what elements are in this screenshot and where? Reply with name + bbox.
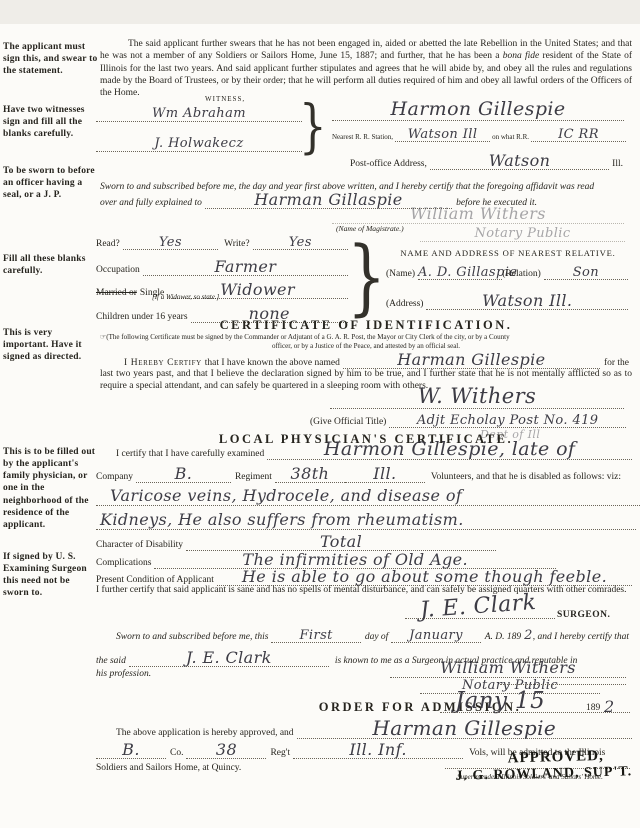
day-of-label: day of bbox=[361, 632, 391, 643]
relative-name-label: (Name) bbox=[386, 269, 418, 280]
margin-note-family-physician: This is to be filled out by the applican… bbox=[0, 446, 98, 531]
cert-id-fineprint-2: officer, or by a Justice of the Peace, a… bbox=[100, 342, 632, 350]
relative-name-value: A. D. Gillaspie bbox=[418, 266, 502, 280]
nearest-rr-label: Nearest R. R. Station, bbox=[332, 133, 395, 142]
company-value: B. bbox=[136, 466, 231, 483]
complications-label: Complications bbox=[96, 558, 154, 569]
notary-signature: William Withers bbox=[390, 658, 626, 678]
margin-note-us-surgeon: If signed by U. S. Examining Surgeon thi… bbox=[0, 551, 98, 600]
profession-text: his profession. bbox=[96, 668, 151, 680]
read-label: Read? bbox=[96, 239, 123, 250]
official-title-value: Adjt Echolay Post No. 419 bbox=[389, 414, 626, 428]
bona-fide-italic: bona fide bbox=[503, 51, 540, 61]
ad-label: A. D. 189 bbox=[481, 632, 524, 643]
rr-line-value: IC RR bbox=[531, 128, 626, 142]
the-said-label: the said bbox=[96, 656, 129, 667]
company-regiment-row: Company B. Regiment 38th Ill. Volunteers… bbox=[96, 466, 632, 483]
occupation-value: Farmer bbox=[143, 259, 348, 276]
relative-address-label: (Address) bbox=[386, 299, 426, 310]
scanned-admission-form: The applicant must sign this, and swear … bbox=[0, 0, 640, 828]
cert-id-title: CERTIFICATE OF IDENTIFICATION. bbox=[100, 318, 632, 333]
cert-id-name: Harman Gillespie bbox=[343, 352, 600, 369]
occupation-label: Occupation bbox=[96, 265, 143, 276]
cert-id-body-line1: I Hereby Certify that I have known the a… bbox=[100, 352, 632, 369]
relative-name-row: (Name) A. D. Gillaspie (Relation) Son bbox=[386, 266, 628, 280]
witness-signature-2: J. Holwakecz bbox=[96, 136, 302, 152]
magistrate-line-2: Notary Public bbox=[420, 226, 625, 242]
scan-edge-artifact bbox=[0, 0, 640, 24]
explained-to-label: over and fully explained to bbox=[100, 198, 205, 209]
witness-signature-1: Wm Abraham bbox=[96, 106, 302, 122]
company-label: Company bbox=[96, 472, 136, 483]
character-label: Character of Disability bbox=[96, 540, 186, 551]
magistrate-signature: William Withers bbox=[332, 204, 624, 224]
examined-value: Harmon Gillespie, late of bbox=[267, 440, 632, 460]
order-top-line bbox=[500, 684, 626, 685]
witness-label: WITNESS, bbox=[205, 95, 245, 103]
margin-note-sign-swear: The applicant must sign this, and swear … bbox=[0, 41, 98, 77]
cert-id-fineprint-1: ☞(The following Certificate must be sign… bbox=[100, 333, 632, 341]
order-date-value: Jany 15 bbox=[455, 688, 545, 714]
official-title-label: (Give Official Title) bbox=[310, 417, 389, 428]
widower-note: [If a Widower, so state.] bbox=[152, 293, 219, 301]
examined-row: I certify that I have carefully examined… bbox=[116, 440, 632, 460]
physician-sworn-pre: Sworn to and subscribed before me, this bbox=[116, 632, 271, 643]
surgeon-signature-line bbox=[405, 618, 555, 619]
character-row: Character of Disability Total bbox=[96, 534, 496, 551]
regiment-value: 38th bbox=[275, 466, 345, 483]
post-office-state: Ill. bbox=[609, 159, 626, 170]
disability-line-2: Kidneys, He also suffers from rheumatism… bbox=[96, 510, 636, 530]
married-label-struck: Married or bbox=[96, 288, 140, 299]
character-value: Total bbox=[186, 534, 496, 551]
witness-brace: } bbox=[299, 97, 327, 155]
sworn-year-value: 2 bbox=[524, 628, 533, 643]
personal-info-brace: } bbox=[347, 237, 386, 319]
write-label: Write? bbox=[218, 239, 252, 250]
on-what-rr-label: on what R.R. bbox=[490, 133, 531, 142]
order-name-value: Harman Gillespie bbox=[297, 718, 632, 739]
regiment-label: Regiment bbox=[231, 472, 275, 483]
margin-note-two-witnesses: Have two witnesses sign and fill all the… bbox=[0, 104, 98, 140]
order-regt-label: Reg't bbox=[266, 748, 293, 759]
regiment-state-value: Ill. bbox=[345, 466, 425, 483]
physician-sworn-row: Sworn to and subscribed before me, this … bbox=[116, 628, 632, 643]
disability-line-1: Varicose veins, Hydrocele, and disease o… bbox=[96, 486, 640, 506]
sane-text: I further certify that said applicant is… bbox=[96, 584, 632, 596]
margin-note-fill-blanks: Fill all these blanks carefully. bbox=[0, 253, 98, 277]
applicant-signature: Harmon Gillespie bbox=[332, 98, 624, 121]
cert-id-signature: W. Withers bbox=[330, 384, 624, 409]
relative-relation-value: Son bbox=[544, 266, 628, 280]
read-write-row: Read? Yes Write? Yes bbox=[96, 236, 348, 250]
post-office-value: Watson bbox=[430, 153, 609, 170]
order-approved-pre: The above application is hereby approved… bbox=[116, 728, 297, 739]
occupation-row: Occupation Farmer bbox=[96, 259, 348, 276]
affidavit-paragraph: The said applicant further swears that h… bbox=[100, 38, 632, 100]
order-co-label: Co. bbox=[166, 748, 186, 759]
order-date-line bbox=[440, 712, 630, 713]
volunteers-text: Volunteers, and that he is disabled as f… bbox=[425, 472, 624, 483]
order-num-value: 38 bbox=[186, 742, 266, 759]
said-surgeon-value: J. E. Clark bbox=[129, 650, 329, 667]
rr-station-value: Watson Ill bbox=[395, 128, 490, 142]
physician-sworn-post: , and I hereby certify that bbox=[533, 632, 632, 643]
official-title-row: (Give Official Title) Adjt Echolay Post … bbox=[310, 414, 626, 428]
nearest-rr-row: Nearest R. R. Station, Watson Ill on wha… bbox=[332, 128, 626, 142]
relative-address-value: Watson Ill. bbox=[426, 293, 628, 310]
relative-relation-label: (Relation) bbox=[502, 269, 544, 280]
order-co-value: B. bbox=[96, 742, 166, 759]
relative-heading: NAME AND ADDRESS OF NEAREST RELATIVE. bbox=[388, 248, 628, 258]
approved-stamp: APPROVED, J. G. ROWLAND, SUP'T. bbox=[420, 747, 633, 786]
order-approved-row: The above application is hereby approved… bbox=[116, 718, 632, 739]
sworn-day-value: First bbox=[271, 629, 360, 643]
margin-note-very-important: This is very important. Have it signed a… bbox=[0, 327, 98, 363]
examined-label: I certify that I have carefully examined bbox=[116, 449, 267, 460]
order-year-value: 2 bbox=[604, 697, 615, 716]
sworn-month-value: January bbox=[391, 629, 480, 643]
margin-note-sworn-officer: To be sworn to before an officer having … bbox=[0, 165, 98, 201]
surgeon-label: SURGEON. bbox=[557, 610, 610, 620]
relative-address-row: (Address) Watson Ill. bbox=[386, 293, 628, 310]
read-value: Yes bbox=[123, 236, 218, 250]
post-office-row: Post-office Address, Watson Ill. bbox=[350, 153, 626, 170]
post-office-label: Post-office Address, bbox=[350, 159, 430, 170]
order-home-text: Soldiers and Sailors Home, at Quincy. bbox=[96, 762, 241, 774]
marital-row: Married or Single Widower bbox=[96, 282, 348, 299]
write-value: Yes bbox=[253, 236, 348, 250]
